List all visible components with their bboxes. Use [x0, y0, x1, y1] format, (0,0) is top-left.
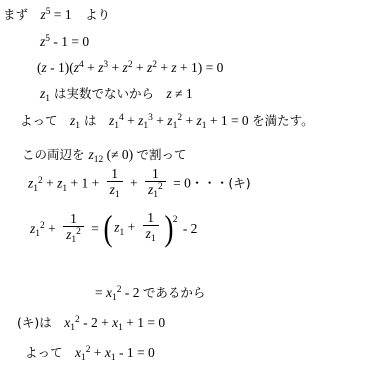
math-text: +: [45, 221, 59, 236]
big-paren-open: (: [104, 211, 113, 245]
math-text: 1: [111, 166, 118, 181]
fraction: 1z12: [145, 166, 166, 200]
superscript: 3: [103, 60, 108, 70]
line-5-satisfies: よって z1 は z14 + z13 + z12 + z1 + 1 = 0 を満…: [20, 112, 314, 132]
subscript: 1: [120, 228, 125, 238]
subscript: 1: [111, 353, 116, 363]
line-3-factored: (z - 1)(z4 + z3 + z2 + z2 + z + 1) = 0: [37, 59, 223, 79]
fraction-numerator: 1: [149, 166, 162, 181]
math-variable: z: [88, 147, 93, 162]
japanese-text: は: [80, 113, 109, 128]
math-text: +: [153, 113, 167, 128]
japanese-text: よって: [20, 113, 70, 128]
japanese-text: より: [85, 7, 110, 22]
subscript: 1: [75, 121, 80, 131]
superscript: 4: [119, 113, 124, 123]
math-text: +: [43, 176, 57, 191]
math-text: +: [124, 113, 138, 128]
line-1-premise: まず z5 = 1 より: [3, 6, 110, 26]
japanese-text: ・・・(キ): [191, 176, 251, 191]
line-8-square-identity: z12 + 1z12 = (z1 + 1z1)2 - 2: [30, 212, 197, 246]
japanese-text: であるから: [143, 285, 206, 300]
math-text: +: [133, 60, 147, 75]
math-text: - 2: [179, 221, 197, 236]
japanese-text: まず: [3, 7, 41, 22]
line-7-ki-equation: z12 + z1 + 1 + 1z1 + 1z12 = 0・・・(キ): [28, 167, 251, 201]
math-variable: z: [41, 7, 46, 22]
line-11-conclusion: よって x12 + x1 - 1 = 0: [25, 344, 155, 364]
math-text: - 2 +: [80, 315, 112, 330]
fraction: 1z1: [107, 166, 123, 200]
superscript: 4: [79, 60, 84, 70]
subscript: 1: [151, 234, 156, 244]
paren-inner-expression: z1 + 1z1: [114, 211, 162, 245]
line-10-ki-becomes: (キ)は x12 - 2 + x1 + 1 = 0: [17, 314, 165, 334]
math-text: =: [88, 221, 102, 236]
math-variable: x: [105, 345, 111, 360]
math-variable: z: [196, 113, 201, 128]
fraction-denominator: z12: [145, 182, 166, 200]
parenthesized-group: (z1 + 1z1)2: [102, 211, 179, 245]
superscript: 3: [148, 113, 153, 123]
math-text: + 1) = 0: [177, 60, 224, 75]
superscript: 2: [158, 182, 163, 192]
superscript: 2: [117, 285, 122, 295]
superscript: 2: [177, 113, 182, 123]
math-text: - 1)(: [47, 60, 74, 75]
math-text: ≠ 1: [172, 86, 193, 101]
superscript: 2: [128, 60, 133, 70]
math-variable: z: [114, 220, 119, 235]
fraction: 1z12: [63, 211, 84, 245]
line-6-divide: この両辺を z12 (≠ 0) で割って: [22, 146, 187, 166]
math-text: (≠ 0): [103, 147, 136, 162]
line-4-not-real: z1 は実数でないから z ≠ 1: [40, 85, 193, 105]
math-text: +: [91, 345, 105, 360]
japanese-text: (キ)は: [17, 315, 64, 330]
math-text: 1: [70, 211, 77, 226]
fraction-denominator: z1: [107, 182, 123, 200]
math-text: +: [127, 176, 141, 191]
fraction-numerator: 1: [67, 211, 80, 226]
math-text: + 1 = 0: [123, 315, 165, 330]
subscript: 1: [118, 323, 123, 333]
math-text: +: [124, 220, 138, 235]
fraction-numerator: 1: [108, 166, 121, 181]
subscript: 1: [62, 184, 67, 194]
math-document: まず z5 = 1 よりz5 - 1 = 0(z - 1)(z4 + z3 + …: [0, 0, 377, 371]
superscript: 2: [152, 60, 157, 70]
superscript: 5: [45, 34, 50, 44]
math-text: - 2: [122, 285, 143, 300]
japanese-text: は実数でないから: [50, 86, 166, 101]
math-text: 1: [152, 166, 159, 181]
subscript: 1: [115, 190, 120, 200]
line-9-x-substitution: = x12 - 2 であるから: [95, 284, 205, 304]
japanese-text: この両辺を: [22, 147, 88, 162]
math-text: +: [108, 60, 122, 75]
math-text: + 1 +: [67, 176, 102, 191]
subscript: 1: [202, 121, 207, 131]
superscript: 2: [76, 227, 81, 237]
paren-exponent: 2: [173, 212, 178, 229]
subscript: 12: [94, 155, 104, 165]
math-text: +: [84, 60, 98, 75]
japanese-text: よって: [25, 345, 75, 360]
line-2-equation: z5 - 1 = 0: [40, 33, 89, 53]
superscript: 5: [46, 7, 51, 17]
math-text: - 1 = 0: [50, 34, 89, 49]
fraction-denominator: z12: [63, 227, 84, 245]
math-text: - 1 = 0: [116, 345, 155, 360]
math-text: + 1 = 0: [206, 113, 252, 128]
superscript: 2: [40, 221, 45, 231]
math-text: +: [182, 113, 196, 128]
math-text: +: [157, 60, 171, 75]
fraction: 1z1: [143, 210, 159, 244]
math-text: 1: [147, 210, 154, 225]
fraction-denominator: z1: [143, 226, 159, 244]
math-text: = 1: [51, 7, 86, 22]
math-variable: z: [167, 113, 172, 128]
superscript: 2: [86, 345, 91, 355]
japanese-text: を満たす。: [252, 113, 314, 128]
superscript: 2: [38, 176, 43, 186]
superscript: 2: [75, 315, 80, 325]
subscript: 1: [45, 94, 50, 104]
math-text: = 0: [170, 176, 191, 191]
fraction-numerator: 1: [144, 210, 157, 225]
japanese-text: で割って: [137, 147, 187, 162]
math-text: =: [95, 285, 106, 300]
